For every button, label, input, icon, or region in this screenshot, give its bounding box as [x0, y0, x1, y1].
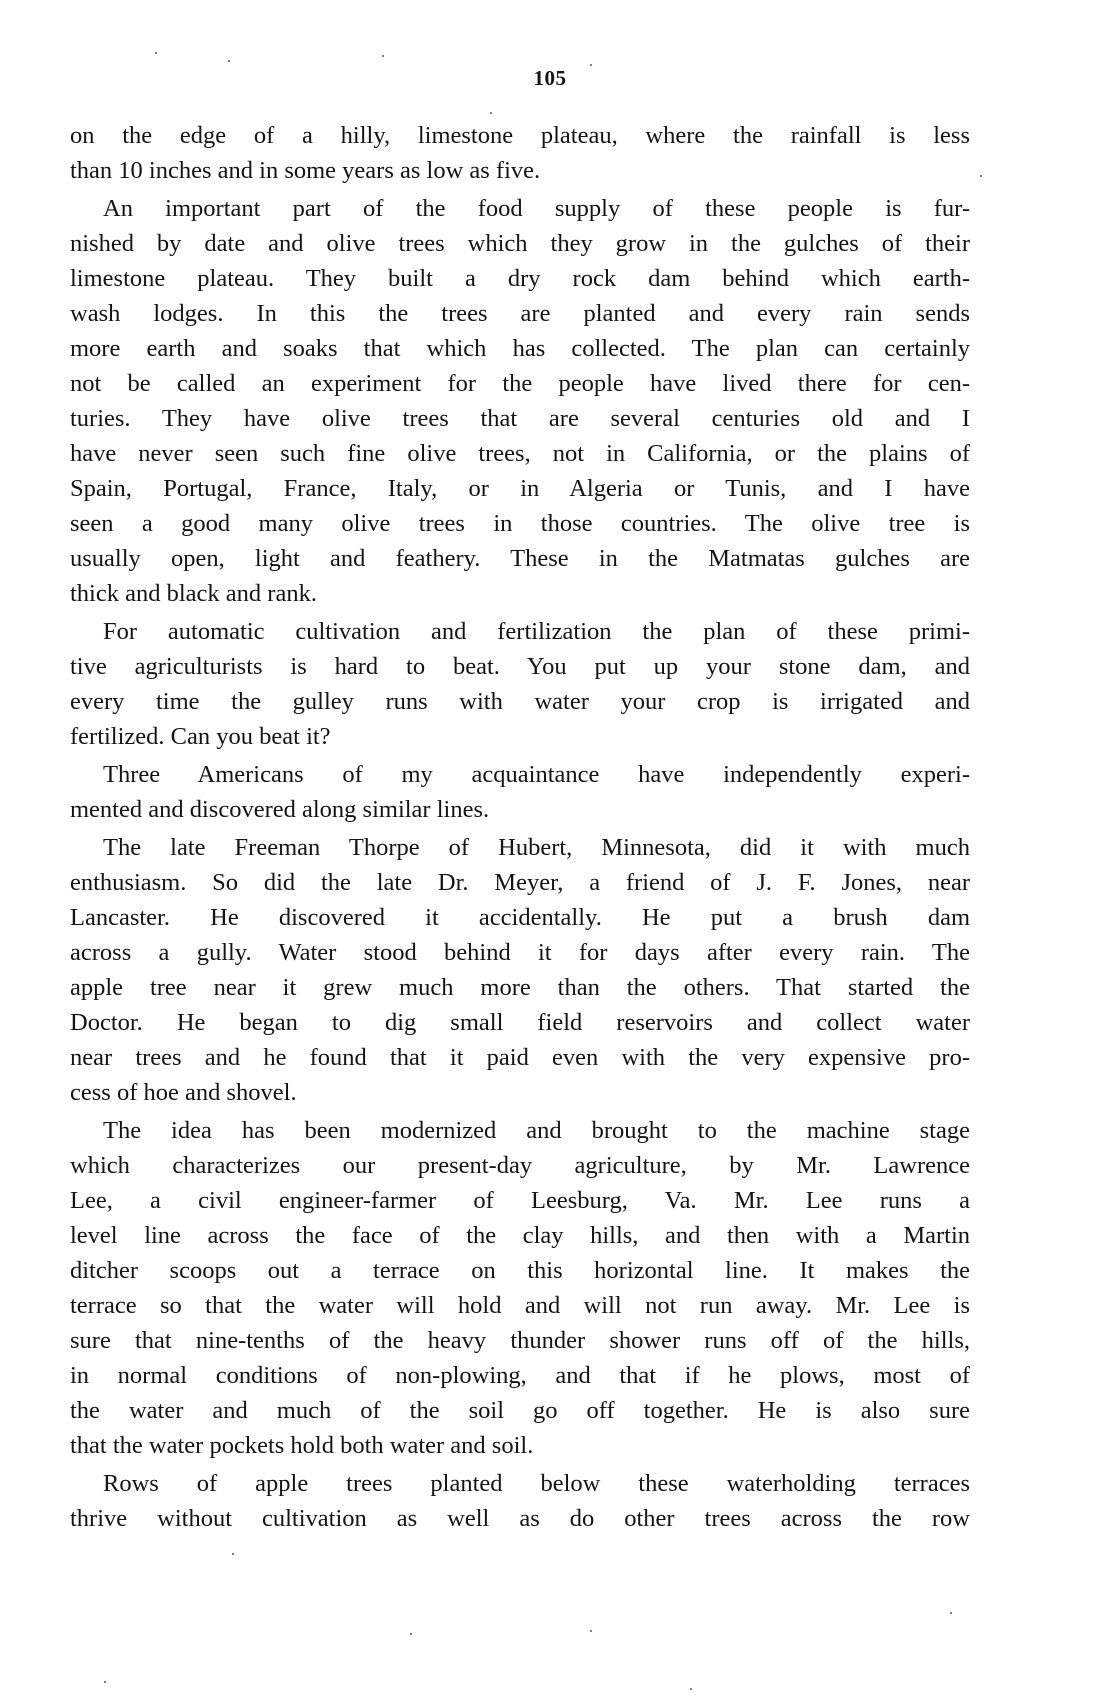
scan-speck — [590, 64, 592, 66]
paragraph: An important part of the food supply of … — [70, 191, 970, 611]
text-line: nished by date and olive trees which the… — [70, 226, 970, 261]
text-line: more earth and soaks that which has coll… — [70, 331, 970, 366]
scan-speck — [690, 1688, 692, 1690]
text-line: apple tree near it grew much more than t… — [70, 970, 970, 1005]
text-line: Lee, a civil engineer-farmer of Leesburg… — [70, 1183, 970, 1218]
scan-speck — [232, 1553, 234, 1555]
text-line: across a gully. Water stood behind it fo… — [70, 935, 970, 970]
text-line: seen a good many olive trees in those co… — [70, 506, 970, 541]
text-line: Spain, Portugal, France, Italy, or in Al… — [70, 471, 970, 506]
text-line: mented and discovered along similar line… — [70, 792, 970, 827]
text-line: on the edge of a hilly, limestone platea… — [70, 118, 970, 153]
text-line: Three Americans of my acquaintance have … — [70, 757, 970, 792]
text-line: tive agriculturists is hard to beat. You… — [70, 649, 970, 684]
text-line: the water and much of the soil go off to… — [70, 1393, 970, 1428]
text-line: limestone plateau. They built a dry rock… — [70, 261, 970, 296]
text-line: turies. They have olive trees that are s… — [70, 401, 970, 436]
text-line: thick and black and rank. — [70, 576, 970, 611]
text-line: that the water pockets hold both water a… — [70, 1428, 970, 1463]
scan-speck — [410, 1633, 412, 1635]
text-line: For automatic cultivation and fertilizat… — [70, 614, 970, 649]
scan-speck — [980, 175, 982, 177]
scan-speck — [590, 1630, 592, 1632]
text-line: sure that nine-tenths of the heavy thund… — [70, 1323, 970, 1358]
text-line: fertilized. Can you beat it? — [70, 719, 970, 754]
text-line: level line across the face of the clay h… — [70, 1218, 970, 1253]
body-text: on the edge of a hilly, limestone platea… — [70, 118, 970, 1536]
text-line: enthusiasm. So did the late Dr. Meyer, a… — [70, 865, 970, 900]
text-line: every time the gulley runs with water yo… — [70, 684, 970, 719]
text-line: near trees and he found that it paid eve… — [70, 1040, 970, 1075]
text-line: in normal conditions of non-plowing, and… — [70, 1358, 970, 1393]
scan-speck — [104, 1681, 106, 1683]
text-line: wash lodges. In this the trees are plant… — [70, 296, 970, 331]
text-line: which characterizes our present-day agri… — [70, 1148, 970, 1183]
text-line: have never seen such fine olive trees, n… — [70, 436, 970, 471]
page-number: 105 — [0, 66, 1100, 91]
scan-speck — [490, 112, 492, 114]
scan-speck — [228, 60, 230, 62]
paragraph: The late Freeman Thorpe of Hubert, Minne… — [70, 830, 970, 1110]
text-line: usually open, light and feathery. These … — [70, 541, 970, 576]
scan-speck — [950, 1612, 952, 1614]
text-line: An important part of the food supply of … — [70, 191, 970, 226]
text-line: ditcher scoops out a terrace on this hor… — [70, 1253, 970, 1288]
text-line: Lancaster. He discovered it accidentally… — [70, 900, 970, 935]
text-line: Doctor. He began to dig small field rese… — [70, 1005, 970, 1040]
paragraph: on the edge of a hilly, limestone platea… — [70, 118, 970, 188]
paragraph: The idea has been modernized and brought… — [70, 1113, 970, 1463]
text-line: terrace so that the water will hold and … — [70, 1288, 970, 1323]
text-line: thrive without cultivation as well as do… — [70, 1501, 970, 1536]
paragraph: Rows of apple trees planted below these … — [70, 1466, 970, 1536]
paragraph: For automatic cultivation and fertilizat… — [70, 614, 970, 754]
text-line: The idea has been modernized and brought… — [70, 1113, 970, 1148]
paragraph: Three Americans of my acquaintance have … — [70, 757, 970, 827]
text-line: The late Freeman Thorpe of Hubert, Minne… — [70, 830, 970, 865]
scan-speck — [382, 55, 384, 57]
text-line: than 10 inches and in some years as low … — [70, 153, 970, 188]
text-line: Rows of apple trees planted below these … — [70, 1466, 970, 1501]
scanned-book-page: 105 on the edge of a hilly, limestone pl… — [0, 0, 1100, 1699]
scan-speck — [155, 52, 157, 54]
text-line: cess of hoe and shovel. — [70, 1075, 970, 1110]
text-line: not be called an experiment for the peop… — [70, 366, 970, 401]
